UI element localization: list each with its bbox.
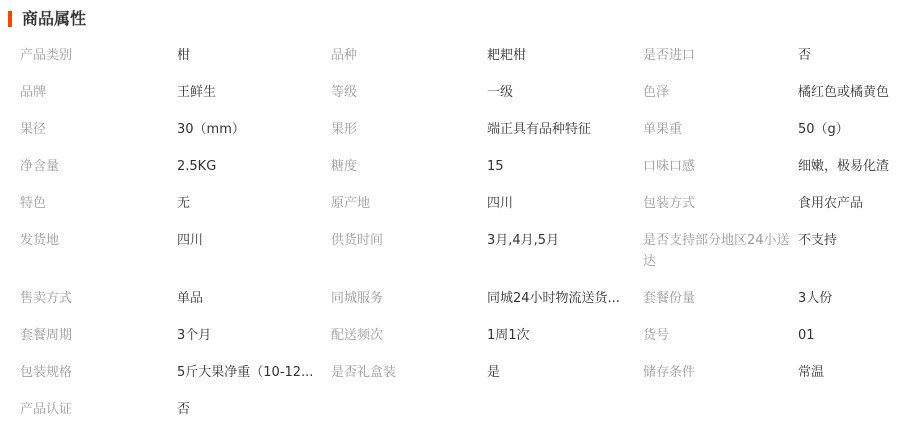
attr-value: 不支持 <box>798 230 909 251</box>
attr-label: 产品类别 <box>20 45 177 66</box>
attr-value: 1周1次 <box>487 325 643 346</box>
attr-value: 一级 <box>487 82 643 103</box>
attr-value: 5斤大果净重（10-12... <box>177 362 331 383</box>
attr-value: 食用农产品 <box>798 193 909 214</box>
attr-label: 等级 <box>331 82 487 103</box>
attr-label: 发货地 <box>20 230 177 251</box>
attr-label: 包装规格 <box>20 362 177 383</box>
attr-label: 糖度 <box>331 156 487 177</box>
attr-label: 是否进口 <box>643 45 798 66</box>
attr-value: 15 <box>487 156 643 177</box>
accent-bar-icon <box>8 11 12 27</box>
attr-value: 四川 <box>177 230 331 251</box>
attr-label: 品牌 <box>20 82 177 103</box>
attr-value: 同城24小时物流送货... <box>487 288 643 309</box>
attributes-table: 产品类别 柑 品种 耙耙柑 是否进口 否 品牌 王鲜生 等级 一级 色泽 橘红色… <box>0 45 909 420</box>
attr-value: 否 <box>798 45 909 66</box>
attr-value: 2.5KG <box>177 156 331 177</box>
attr-label: 果径 <box>20 119 177 140</box>
attr-value: 四川 <box>487 193 643 214</box>
attr-label: 口味口感 <box>643 156 798 177</box>
attr-label: 特色 <box>20 193 177 214</box>
attr-value: 耙耙柑 <box>487 45 643 66</box>
product-attributes-panel: 商品属性 产品类别 柑 品种 耙耙柑 是否进口 否 品牌 王鲜生 等级 一级 色… <box>0 0 909 434</box>
attr-label: 原产地 <box>331 193 487 214</box>
attr-label: 储存条件 <box>643 362 798 383</box>
section-title: 商品属性 <box>22 9 86 29</box>
attr-label: 售卖方式 <box>20 288 177 309</box>
attr-label: 单果重 <box>643 119 798 140</box>
attr-label: 净含量 <box>20 156 177 177</box>
attr-label: 套餐份量 <box>643 288 798 309</box>
attr-label: 果形 <box>331 119 487 140</box>
attr-label: 产品认证 <box>20 399 177 420</box>
attr-label: 供货时间 <box>331 230 487 251</box>
attr-value: 细嫩，极易化渣 <box>798 156 909 177</box>
attr-value: 01 <box>798 325 909 346</box>
attr-value: 柑 <box>177 45 331 66</box>
attr-label: 色泽 <box>643 82 798 103</box>
attr-value: 王鲜生 <box>177 82 331 103</box>
attr-value: 是 <box>487 362 643 383</box>
attr-label: 配送频次 <box>331 325 487 346</box>
attr-label: 是否礼盒装 <box>331 362 487 383</box>
attr-label: 套餐周期 <box>20 325 177 346</box>
attr-value: 常温 <box>798 362 909 383</box>
attr-label: 是否支持部分地区24小送达 <box>643 230 798 272</box>
section-header: 商品属性 <box>0 0 909 29</box>
attr-label: 品种 <box>331 45 487 66</box>
attr-value: 50（g） <box>798 119 909 140</box>
attr-label: 包装方式 <box>643 193 798 214</box>
attr-value: 无 <box>177 193 331 214</box>
attr-value: 橘红色或橘黄色 <box>798 82 909 103</box>
attr-value: 3个月 <box>177 325 331 346</box>
attr-value: 3月,4月,5月 <box>487 230 643 251</box>
attr-value: 30（mm） <box>177 119 331 140</box>
attr-value: 否 <box>177 399 331 420</box>
attr-value: 单品 <box>177 288 331 309</box>
attr-label: 货号 <box>643 325 798 346</box>
attr-value: 3人份 <box>798 288 909 309</box>
attr-label: 同城服务 <box>331 288 487 309</box>
attr-value: 端正具有品种特征 <box>487 119 643 140</box>
